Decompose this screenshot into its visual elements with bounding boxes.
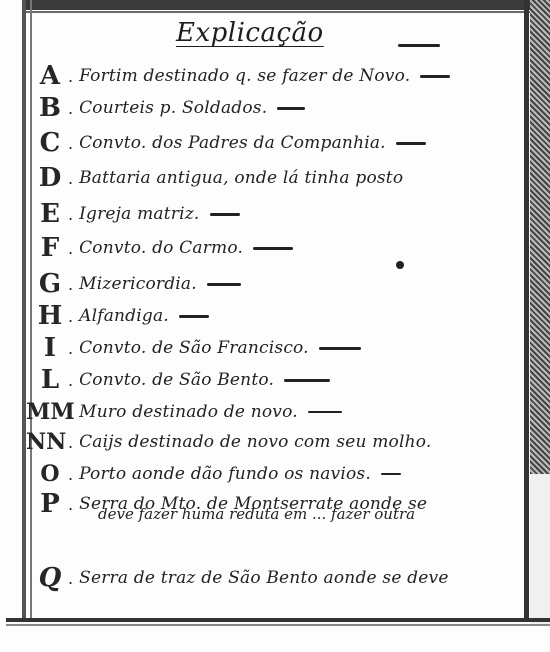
legend-title: Explicação <box>176 18 324 48</box>
entry-key: B <box>36 93 64 123</box>
legend-entry-nn: NN. Caijs destinado de novo com seu molh… <box>26 424 431 460</box>
entry-key: D <box>36 163 64 193</box>
entry-text: Caijs destinado de novo com seu molho. <box>79 432 431 452</box>
entry-text: Mizericordia. <box>79 274 197 294</box>
entry-key: C <box>36 128 64 158</box>
entry-text: Convto. do Carmo. <box>79 238 243 258</box>
legend-entry-f: F. Convto. do Carmo. <box>36 230 293 266</box>
entry-key: Q <box>36 563 64 593</box>
entry-text: Porto aonde dão fundo os navios. <box>79 464 371 484</box>
legend-entry-g: G. Mizericordia. <box>36 266 241 302</box>
map-edge-hatching <box>530 0 550 474</box>
entry-text: Muro destinado de novo. <box>79 402 298 422</box>
entry-text: Convto. dos Padres da Companhia. <box>79 133 386 153</box>
entry-key: E <box>36 199 64 229</box>
entry-text: Convto. de São Francisco. <box>79 338 309 358</box>
legend-entry-a: A. Fortim destinado q. se fazer de Novo. <box>36 58 450 94</box>
entry-key: G <box>36 269 64 299</box>
legend-entry-c: C. Convto. dos Padres da Companhia. <box>36 125 426 161</box>
legend-entry-e: E. Igreja matriz. <box>36 196 240 232</box>
frame-bottom-border-inner <box>6 624 550 626</box>
legend-entry-b: B. Courteis p. Soldados. <box>36 90 305 126</box>
legend-entry-i: I. Convto. de São Francisco. <box>36 330 361 366</box>
entry-key: NN <box>26 429 64 455</box>
ink-dot <box>396 261 404 269</box>
frame-top-border-inner <box>22 11 550 13</box>
title-flourish <box>398 44 440 47</box>
entry-key: O <box>36 461 64 487</box>
entry-text: Fortim destinado q. se fazer de Novo. <box>79 66 410 86</box>
frame-right-border <box>524 0 529 620</box>
entry-text: Convto. de São Bento. <box>79 370 274 390</box>
map-legend-sheet: Explicação A. Fortim destinado q. se faz… <box>0 0 550 652</box>
entry-key: MM <box>26 399 64 425</box>
legend-entry-d: D. Battaria antigua, onde lá tinha posto <box>36 160 403 196</box>
legend-entry-p-continuation: deve fazer huma reduta em ... fazer outr… <box>98 505 415 523</box>
frame-bottom-border <box>6 618 550 622</box>
entry-key: L <box>36 365 64 395</box>
entry-key: F <box>36 233 64 263</box>
frame-left-border-inner <box>30 0 32 618</box>
entry-key: A <box>36 61 64 91</box>
frame-left-border <box>22 0 26 622</box>
entry-text: Alfandiga. <box>79 306 169 326</box>
map-edge-blank <box>530 474 550 624</box>
legend-entry-h: H. Alfandiga. <box>36 298 209 334</box>
entry-text: Serra de traz de São Bento aonde se deve <box>79 568 449 588</box>
entry-text: Igreja matriz. <box>79 204 199 224</box>
legend-entry-q: Q. Serra de traz de São Bento aonde se d… <box>36 560 449 596</box>
entry-key: H <box>36 301 64 331</box>
legend-entry-l: L. Convto. de São Bento. <box>36 362 330 398</box>
entry-key: P <box>36 489 64 519</box>
frame-top-border <box>22 0 550 10</box>
entry-text: Battaria antigua, onde lá tinha posto <box>79 168 403 188</box>
entry-text: Courteis p. Soldados. <box>79 98 267 118</box>
entry-key: I <box>36 333 64 363</box>
